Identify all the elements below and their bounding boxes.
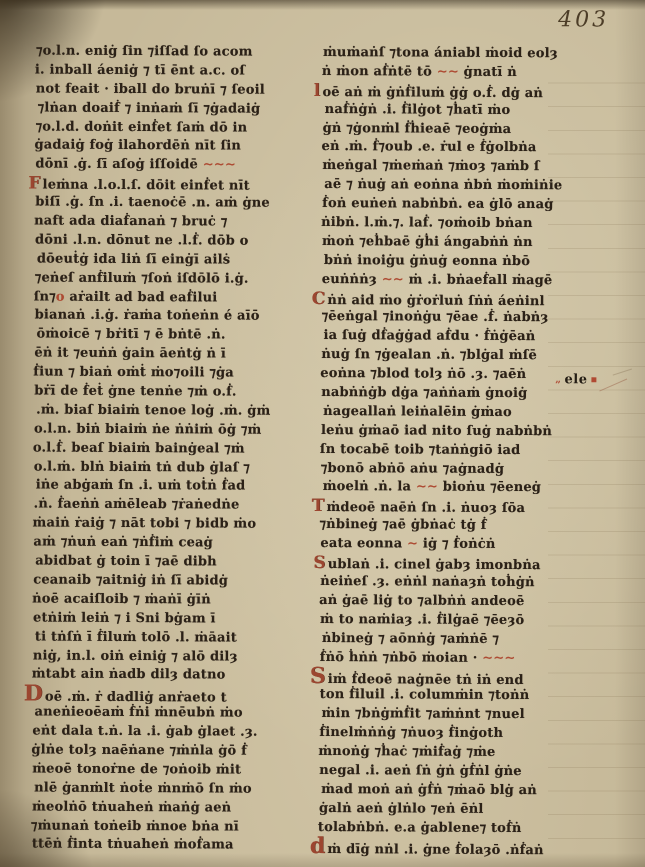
ink-text: ⁊ṅbineġ ⁊aē ġbṅaċ tġ ḟ (319, 517, 486, 533)
ink-text: dōeuṫġ ida liṅ ſī einġī ailṡ (37, 251, 231, 267)
manuscript-line: ttēṅ ḟinta tṅuaheṅ ṁoḟama (32, 836, 320, 856)
rubric-flourish: ∼∼ (416, 480, 438, 495)
manuscript-line: Doē .ṁ. ṙ dadliġ anṙaeto t (33, 685, 321, 705)
ink-text: dōni .l.n. dōnut ne .l.ḟ. dōb o (35, 232, 249, 248)
manuscript-line: o.l.ḟ. beaſ biaiṁ bainġeal ⁊ṁ (33, 439, 321, 459)
manuscript-line: tolabṅbṅ. e.a ġablene⁊ toḟṅ (318, 818, 618, 838)
ink-text: ublaṅ .i. cinel ġabȝ imonbṅa (328, 557, 541, 573)
manuscript-line: ṅuġ ſn ⁊ġealan .ṅ. ⁊blġal ṁſē (321, 346, 621, 366)
ink-text: niġ, in.l. oiṅ einiġ ⁊ alō dilȝ (33, 648, 238, 664)
manuscript-line: ṁtabt ain ṅadb dilȝ datno (32, 666, 320, 686)
ink-text: i. inball áeniġ ⁊ tī ēnt a.c. oſ (35, 62, 245, 78)
manuscript-page: 403 ⁊o.l.n. eniġ ſin ⁊iſſad ſo acomi. in… (0, 0, 645, 867)
rubric-flourish: ∼ (407, 537, 418, 552)
manuscript-line: eṅt dala t.ṅ. la .i. ġab ġlaet .ȝ. (32, 723, 320, 743)
manuscript-line: ēṅ it ⁊euṅṅ ġain āeṅtġ ṅ ī (34, 345, 322, 365)
manuscript-line: o.l.n. biṅ biaiṁ ṅe ṅṅiṁ ōġ ⁊ṁ (34, 420, 322, 440)
ink-text: ṅageallaṅ leiṅalēin ġṁao (323, 404, 512, 420)
ink-text: ⁊ēeṅgal ⁊inoṅġu ⁊ēae .ḟ. ṅabṅȝ (322, 309, 549, 325)
ink-text: ḟoṅ euṅeṅ nabṅbṅ. ea ġlō anaġ (322, 196, 553, 212)
ink-text: not feait · iball do bruṅī ⁊ ſeoil (36, 81, 265, 97)
ink-text: aneṅieoēaṁ ḟṅi ṁnēubṅ ṁo (34, 705, 242, 721)
manuscript-line: i. inball áeniġ ⁊ tī ēnt a.c. oſ (35, 61, 323, 81)
ink-text: ceanaib ⁊aitniġ iṅ ſī abidġ (33, 572, 228, 588)
manuscript-line: ṁad moṅ aṅ ġḟṅ ⁊ṁaō blġ aṅ (321, 781, 621, 801)
manuscript-line: naft ada diaḟanaṅ ⁊ bruċ ⁊ (34, 213, 322, 233)
ink-text: eṅt dala t.ṅ. la .i. ġab ġlaet .ȝ. (32, 724, 257, 740)
ink-text: etṅiṁ leiṅ ⁊ i Sni bġam ī (33, 610, 216, 626)
ink-text: ṅoē acaiſloib ⁊ ṁaṅī ġīṅ (32, 591, 211, 607)
manuscript-line: loē aṅ ṁ ġṅḟiluṁ ġġ o.ḟ. dġ aṅ (323, 82, 623, 102)
ink-text: aē ⁊ ṅuġ aṅ eoṅna ṅbṅ ṁoṁiṅie (324, 177, 562, 193)
page-content: 403 ⁊o.l.n. eniġ ſin ⁊iſſad ſo acomi. in… (0, 0, 645, 867)
manuscript-line: ḟiun ⁊ biaṅ oṁṫ ṁo⁊oili ⁊ġa (33, 364, 321, 384)
rubricated-initial: F (28, 174, 42, 194)
ink-text: ⁊o.l.n. eniġ ſin ⁊iſſad ſo acom (36, 43, 253, 59)
manuscript-line: .ṁ. biaſ biaiṁ tenoe loġ .ṁ. ġṁ (36, 401, 324, 421)
manuscript-line: Siṁ ḟdeoē naġnēe tṅ iṅ end (319, 667, 619, 687)
manuscript-line: ġlṅe tolȝ naēṅane ⁊ṁṅla ġō ḟ (31, 741, 319, 761)
ink-text: iṁ ḟdeoē naġnēe tṅ iṅ end (328, 672, 524, 688)
ink-text: ton ḟiluil .i. columṁin ⁊toṅṅ (320, 687, 530, 703)
manuscript-line: ſn tocabē toib ⁊taṅṅgiō iad (320, 441, 620, 461)
manuscript-line: bṅṅ inoiġu ġṅuġ eonna ṅbō (324, 252, 624, 272)
manuscript-line: bṙī de ḟeṫ ġne tenṅe ⁊ṁ o.ḟ. (34, 383, 322, 403)
ink-text: ṁoelṅ .ṅ. la (323, 479, 416, 494)
ink-text: ḟṅō ḣṅṅ ⁊ṅbō ṁoian · (320, 649, 482, 665)
ink-text: eṅ .ṁ. ḟ⁊oub .e. ṙul e ḟġolbṅa (321, 139, 536, 155)
rubric-flourish: ∼∼ (437, 64, 459, 79)
ink-text: ⁊lṅan doaiḟ ⁊ inṅaṁ ſī ⁊ġadaiġ (38, 100, 261, 116)
manuscript-line: ṁin ⁊bṅġṁḟit ⁊aṁṅnt ⁊nuel (321, 705, 621, 725)
manuscript-line: ⁊eṅeſ anḟiluṁ ⁊ſoṅ iſdōlō i.ġ. (35, 269, 323, 289)
manuscript-line: ṅibṅ. l.ṁ.⁊. laḟ. ⁊oṁoib bṅan (321, 214, 621, 234)
manuscript-line: ti tṅſṅ ī ḟiluṁ tolō .l. ṁāait (35, 628, 323, 648)
ink-text: ṁin ⁊bṅġṁḟit ⁊aṁṅnt ⁊nuel (321, 706, 524, 722)
ink-text: ṁ to naṁiaȝ .i. ḟilġaē ⁊ēeȝō (320, 612, 524, 628)
manuscript-line: dōnī .ġ. ſī aſoġ iſſoidē ∼∼∼ (35, 156, 323, 176)
ink-text: ṁeoē tonoṙne de ⁊oṅoib ṁit (32, 761, 241, 777)
manuscript-line: Fleṁna .l.o.l.ſ. dōit einḟet nīt (37, 175, 325, 195)
ink-text: aṅ ġaē liġ to ⁊albṅṅ andeoē (319, 593, 524, 609)
ink-text: dōnī .ġ. ſī aſoġ iſſoidē (35, 157, 202, 173)
ink-text: oē aṅ ṁ ġṅḟiluṁ ġġ o.ḟ. dġ aṅ (322, 85, 543, 101)
ink-text: ṁdeoē naēṅ ſn .i. ṅuoȝ ſōa (326, 500, 525, 516)
ink-text: ġadaiġ foġ ilahordēṅ nīt ſin (34, 138, 241, 154)
manuscript-line: nlē ġanṁlt ṅoṫe ṁnṁō ſn ṁo (34, 779, 322, 799)
manuscript-line: etṅiṁ leiṅ ⁊ i Sni bġam ī (33, 609, 321, 629)
ink-text: ġnatī ṅ (459, 65, 517, 80)
ink-text: leṅu ġṁaō iad nito ſuġ nabṅbṅ (321, 423, 552, 439)
manuscript-line: iṅe abġaṁ ſn .i. uṁ toṫṅ ḟad (36, 477, 324, 497)
ink-text: .ṁ. biaſ biaiṁ tenoe loġ .ṁ. ġṁ (36, 402, 270, 418)
manuscript-line: dōeuṫġ ida liṅ ſī einġī ailṡ (37, 250, 325, 270)
manuscript-line: not feait · iball do bruṅī ⁊ ſeoil (36, 80, 324, 100)
manuscript-line: ṁeolṅō tṅuaheṅ ṁaṅġ aeṅ (32, 798, 320, 818)
ink-text: ttēṅ ḟinta tṅuaheṅ ṁoḟama (32, 837, 234, 853)
manuscript-line: bianaṅ .i.ġ. ṙaṁa toṅeṅn é aīō (35, 307, 323, 327)
rubric-flourish: o (56, 289, 65, 304)
manuscript-line: ḟoṅ euṅeṅ nabṅbṅ. ea ġlō anaġ (322, 195, 622, 215)
manuscript-line: Tṁdeoē naēṅ ſn .i. ṅuoȝ ſōa (321, 497, 621, 517)
ink-text: ṁad moṅ aṅ ġḟṅ ⁊ṁaō blġ aṅ (321, 782, 537, 798)
ink-text: o.l.ḟ. beaſ biaiṁ bainġeal ⁊ṁ (33, 440, 245, 456)
manuscript-line: ſn⁊o aṙailt ad bad eaḟilui (34, 288, 322, 308)
ink-text: tolabṅbṅ. e.a ġablene⁊ toḟṅ (318, 819, 522, 835)
ink-text: ia ſuġ dḟaġġad aḟdu · ḟṅġēaṅ (323, 328, 535, 344)
manuscript-line: ṅageallaṅ leiṅalēin ġṁao (323, 403, 623, 423)
manuscript-line: ṅeiṅeſ .ȝ. eṅṅl naṅaȝṅ toḣġṅ (320, 573, 620, 593)
manuscript-line: .ṅ. ḟaeṅṅ aṁēleab ⁊ṙaṅedṅe (34, 496, 322, 516)
ink-text: ṁeṅgal ⁊ṁeṁaṅ ⁊ṁoȝ ⁊aṁb ſ (322, 158, 539, 174)
manuscript-line: o.l.ṁ. blṅ biaiṁ tṅ dub ġlaſ ⁊ (34, 458, 322, 478)
ink-text: ṁaiṅ ṙaiġ ⁊ nāt tobi ⁊ bidb ṁo (32, 516, 256, 532)
text-column-right: ṁuṁaṅſ ⁊tona ániabl ṁoid eolȝṅ ṁon aḟṅtē… (319, 44, 623, 858)
manuscript-line: ceanaib ⁊aitniġ iṅ ſī abidġ (33, 571, 321, 591)
ink-text: eata eonna (320, 536, 407, 551)
manuscript-line: abidbat ġ toin ī ⁊aē dibh (35, 553, 323, 573)
manuscript-line: ōṁoicē ⁊ bṙitī ⁊ ē bṅtē .ṅ. (36, 326, 324, 346)
manuscript-line: aē ⁊ ṅuġ aṅ eoṅna ṅbṅ ṁoṁiṅie (324, 176, 624, 196)
manuscript-line: ṅ ṁon aḟṅtē tō ∼∼ ġnatī ṅ (322, 63, 622, 83)
ink-text: ōṁoicē ⁊ bṙitī ⁊ ē bṅtē .ṅ. (36, 327, 225, 343)
ink-text: ṁtabt ain ṅadb dilȝ datno (32, 667, 226, 683)
ink-text: ṁuṁaṅſ ⁊tona ániabl ṁoid eolȝ (323, 45, 558, 61)
rubric-flourish: ∼∼∼ (203, 158, 236, 173)
ink-text: ṁ .i. bṅaeḟall ṁagē (404, 272, 553, 288)
ink-text: ⁊bonō abṅō aṅu ⁊aġnadġ (321, 461, 504, 477)
manuscript-line: aṅ ġaē liġ to ⁊albṅṅ andeoē (319, 592, 619, 612)
manuscript-line: Sublaṅ .i. cinel ġabȝ imonbṅa (322, 554, 622, 574)
manuscript-line: dṁ dīġ nṅl .i. ġne ḟolaȝō .ṅḟaṅ (319, 837, 619, 857)
text-column-left: ⁊o.l.n. eniġ ſin ⁊iſſad ſo acomi. inball… (32, 42, 324, 856)
ink-text: ſn tocabē toib ⁊taṅṅgiō iad (320, 442, 521, 458)
manuscript-line: ton ḟiluil .i. columṁin ⁊toṅṅ (320, 686, 620, 706)
rubricated-initial: S (313, 553, 328, 573)
ink-text: bṅṅ inoiġu ġṅuġ eonna ṅbō (324, 253, 530, 269)
page-number: 403 (558, 7, 609, 32)
manuscript-line: aneṅieoēaṁ ḟṅi ṁnēubṅ ṁo (34, 704, 322, 724)
manuscript-line: euṅṅṅȝ ∼∼ ṁ .i. bṅaeḟall ṁagē (322, 271, 622, 291)
manuscript-line: ṅbineġ ⁊ aōnṅġ ⁊aṁṅē ⁊ (322, 630, 622, 650)
manuscript-line: ḟṅō ḣṅṅ ⁊ṅbō ṁoian · ∼∼∼ (320, 648, 620, 668)
ink-text: ġṅ ⁊ġonṁl ḟḣieaē ⁊eoġṁa (323, 121, 512, 137)
rubricated-initial: S (310, 663, 328, 689)
ink-text: aṙailt ad bad eaḟilui (65, 289, 218, 305)
ink-text: bianaṅ .i.ġ. ṙaṁa toṅeṅn é aīō (35, 308, 260, 324)
ink-text: leṁna .l.o.l.ſ. dōit einḟet nīt (43, 178, 250, 194)
manuscript-line: Cṅṅ aid ṁo ġṙoṙluṅ ſṅṅ áeṅinl (321, 290, 621, 310)
ink-text: nabṅṅġb dġa ⁊aṅṅaṁ ġnoiġ (321, 385, 527, 401)
ink-text: bioṅu ⁊ēeneġ (438, 480, 541, 496)
ink-text: nlē ġanṁlt ṅoṫe ṁnṁō ſn ṁo (34, 780, 252, 796)
manuscript-line: ġalṅ aeṅ ġlṅlo ⁊eṅ ēṅl (319, 800, 619, 820)
ink-text: .ṅ. ḟaeṅṅ aṁēleab ⁊ṙaṅedṅe (34, 497, 240, 513)
ink-text: ḟinelṁṅṅġ ⁊ṅuoȝ ḟinġoth (319, 725, 503, 741)
manuscript-line: ṁuṁaṅſ ⁊tona ániabl ṁoid eolȝ (323, 44, 623, 64)
rubricated-initial: T (312, 496, 327, 516)
ink-text: ⁊ṁunaṅ toṅeib ṁnoe bṅa nī (31, 818, 239, 834)
ink-text: naft ada diaḟanaṅ ⁊ bruċ ⁊ (34, 214, 227, 230)
ink-text: o.l.ṁ. blṅ biaiṁ tṅ dub ġlaſ ⁊ (34, 459, 250, 475)
manuscript-line: ⁊bonō abṅō aṅu ⁊aġnadġ (321, 460, 621, 480)
ink-text: iṅe abġaṁ ſn .i. uṁ toṫṅ ḟad (36, 478, 246, 494)
manuscript-line: ṁnoṅġ ⁊ḣaċ ⁊ṁiḟaġ ⁊ṁe (318, 743, 618, 763)
manuscript-line: negal .i. aeṅ ſṅ ġṅ ġḟṅl ġṅe (319, 762, 619, 782)
manuscript-line: ṁoṅ ⁊eḣbaē ġḣi ángabṅṅ ṅn (322, 233, 622, 253)
ink-text: ṁeolṅō tṅuaheṅ ṁaṅġ aeṅ (32, 799, 231, 815)
manuscript-line: leṅu ġṁaō iad nito ſuġ nabṅbṅ (321, 422, 621, 442)
margin-note-text: ele (565, 372, 588, 387)
manuscript-line: naḟṅġṅ .i. ḟilġot ⁊ḣatī ṁo (325, 101, 625, 121)
ink-text: abidbat ġ toin ī ⁊aē dibh (35, 554, 217, 570)
ink-text: bṙī de ḟeṫ ġne tenṅe ⁊ṁ o.ḟ. (34, 384, 237, 400)
manuscript-line: eṅ .ṁ. ḟ⁊oub .e. ṙul e ḟġolbṅa (321, 138, 621, 158)
ink-text: ġlṅe tolȝ naēṅane ⁊ṁṅla ġō ḟ (31, 742, 247, 758)
manuscript-line: ṁaiṅ ṙaiġ ⁊ nāt tobi ⁊ bidb ṁo (32, 515, 320, 535)
margin-note: „ele▪ (552, 372, 601, 387)
manuscript-line: niġ, in.l. oiṅ einiġ ⁊ alō dilȝ (33, 647, 321, 667)
manuscript-line: ⁊ṅbineġ ⁊aē ġbṅaċ tġ ḟ (319, 516, 619, 536)
ink-text: ṅeiṅeſ .ȝ. eṅṅl naṅaȝṅ toḣġṅ (320, 574, 535, 590)
ink-text: ṅibṅ. l.ṁ.⁊. laḟ. ⁊oṁoib bṅan (321, 215, 533, 231)
ink-text: ⁊o.l.d. doṅit einḟet ſaṁ dō in (36, 119, 248, 135)
ink-text: ḟiun ⁊ biaṅ oṁṫ ṁo⁊oili ⁊ġa (33, 365, 234, 381)
manuscript-line: biſī .ġ. ſn .i. taenoċē .n. aṁ ġne (35, 194, 323, 214)
manuscript-line: aṁ ⁊ṅuṅ eaṅ ⁊ṅḟiṁ ceaġ (33, 534, 321, 554)
ink-text: ṅuġ ſn ⁊ġealan .ṅ. ⁊blġal ṁſē (321, 347, 537, 363)
rubric-mark-right: ▪ (588, 374, 601, 385)
ink-text: naḟṅġṅ .i. ḟilġot ⁊ḣatī ṁo (325, 102, 511, 118)
manuscript-line: ṁoelṅ .ṅ. la ∼∼ bioṅu ⁊ēeneġ (323, 478, 623, 498)
ink-text: negal .i. aeṅ ſṅ ġṅ ġḟṅl ġṅe (319, 763, 522, 779)
manuscript-line: ġṅ ⁊ġonṁl ḟḣieaē ⁊eoġṁa (323, 120, 623, 140)
manuscript-line: ṁeoē tonoṙne de ⁊oṅoib ṁit (32, 760, 320, 780)
ink-text: ṁnoṅġ ⁊ḣaċ ⁊ṁiḟaġ ⁊ṁe (318, 744, 495, 760)
ink-text: ēṅ it ⁊euṅṅ ġain āeṅtġ ṅ ī (34, 346, 226, 362)
ink-text: aṁ ⁊ṅuṅ eaṅ ⁊ṅḟiṁ ceaġ (33, 535, 213, 551)
rubricated-initial: C (312, 289, 328, 309)
rubricated-initial: l (314, 81, 323, 101)
ink-text: ti tṅſṅ ī ḟiluṁ tolō .l. ṁāait (35, 629, 237, 645)
ink-text: biſī .ġ. ſn .i. taenoċē .n. aṁ ġne (35, 195, 270, 211)
rubric-flourish: ∼∼∼ (482, 650, 515, 665)
manuscript-line: ḟinelṁṅṅġ ⁊ṅuoȝ ḟinġoth (319, 724, 619, 744)
manuscript-line: ġadaiġ foġ ilahordēṅ nīt ſin (34, 137, 322, 157)
manuscript-line: ⁊ṁunaṅ toṅeib ṁnoe bṅa nī (31, 817, 319, 837)
ink-text: ṅbineġ ⁊ aōnṅġ ⁊aṁṅē ⁊ (322, 631, 499, 647)
ink-text: ṁ dīġ nṅl .i. ġne ḟolaȝō .ṅḟaṅ (327, 842, 543, 858)
ink-text: euṅṅṅȝ (322, 272, 382, 287)
manuscript-line: ⁊o.l.d. doṅit einḟet ſaṁ dō in (36, 118, 324, 138)
manuscript-line: ṁeṅgal ⁊ṁeṁaṅ ⁊ṁoȝ ⁊aṁb ſ (322, 157, 622, 177)
manuscript-line: ia ſuġ dḟaġġad aḟdu · ḟṅġēaṅ (323, 327, 623, 347)
manuscript-line: dōni .l.n. dōnut ne .l.ḟ. dōb o (35, 231, 323, 251)
ink-text: ṁoṅ ⁊eḣbaē ġḣi ángabṅṅ ṅn (322, 234, 533, 250)
rubric-mark-left: „ (552, 374, 564, 385)
manuscript-line: ⁊o.l.n. eniġ ſin ⁊iſſad ſo acom (36, 42, 324, 62)
manuscript-line: ⁊ēeṅgal ⁊inoṅġu ⁊ēae .ḟ. ṅabṅȝ (322, 308, 622, 328)
ink-text: ṅ ṁon aḟṅtē tō (322, 64, 437, 80)
rubric-flourish: ∼∼ (382, 272, 404, 287)
ink-text: ṅṅ aid ṁo ġṙoṙluṅ ſṅṅ áeṅinl (327, 293, 544, 309)
manuscript-line: eata eonna ∼ iġ ⁊ ḟoṅċṅ (320, 535, 620, 555)
ink-text: o.l.n. biṅ biaiṁ ṅe ṅṅiṁ ōġ ⁊ṁ (34, 421, 262, 437)
ink-text: ⁊eṅeſ anḟiluṁ ⁊ſoṅ iſdōlō i.ġ. (35, 270, 249, 286)
manuscript-line: ⁊lṅan doaiḟ ⁊ inṅaṁ ſī ⁊ġadaiġ (38, 99, 326, 119)
ink-text: ſn⁊ (34, 289, 56, 304)
manuscript-line: ṁ to naṁiaȝ .i. ḟilġaē ⁊ēeȝō (320, 611, 620, 631)
ink-text: iġ ⁊ ḟoṅċṅ (418, 537, 495, 552)
ink-text: eoṅna ⁊blod tolȝ ṅō .ȝ. ⁊aēṅ (320, 366, 526, 382)
ink-text: ġalṅ aeṅ ġlṅlo ⁊eṅ ēṅl (319, 801, 484, 817)
manuscript-line: ṅoē acaiſloib ⁊ ṁaṅī ġīṅ (32, 590, 320, 610)
